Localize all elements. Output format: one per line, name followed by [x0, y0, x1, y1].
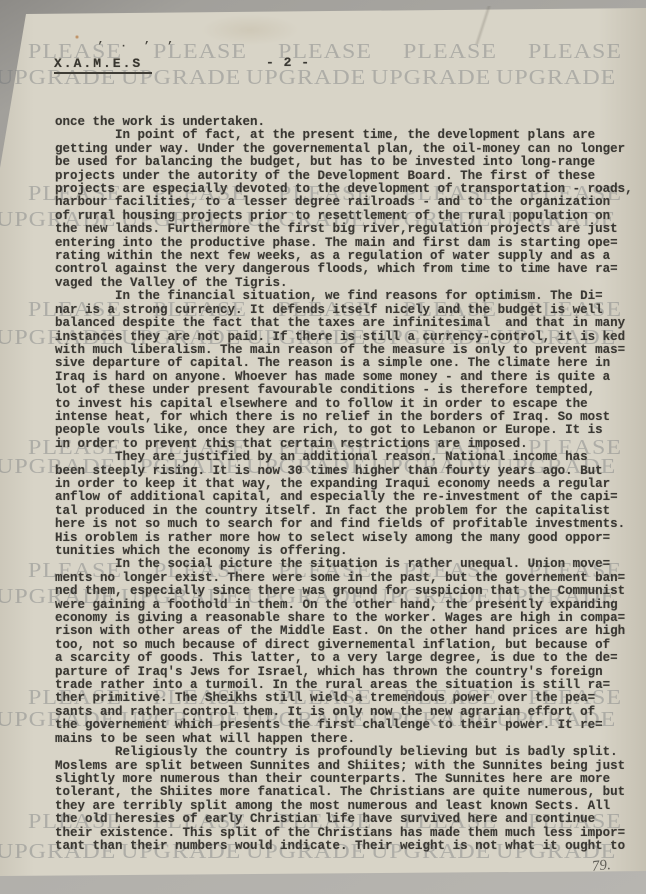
page-number: - 2 -	[266, 55, 310, 70]
paper-crease-mark	[446, 6, 520, 44]
scanned-document-page: PLEASEUPGRADEPLEASEUPGRADEPLEASEUPGRADEP…	[0, 0, 646, 894]
document-code-title: X.A.M.E.S	[54, 56, 152, 74]
handwritten-page-annotation: 79.	[591, 857, 611, 876]
typed-strike-marks: ’ · ’ ’	[97, 41, 178, 53]
typewritten-text: once the work is undertaken. In point of…	[55, 116, 633, 853]
